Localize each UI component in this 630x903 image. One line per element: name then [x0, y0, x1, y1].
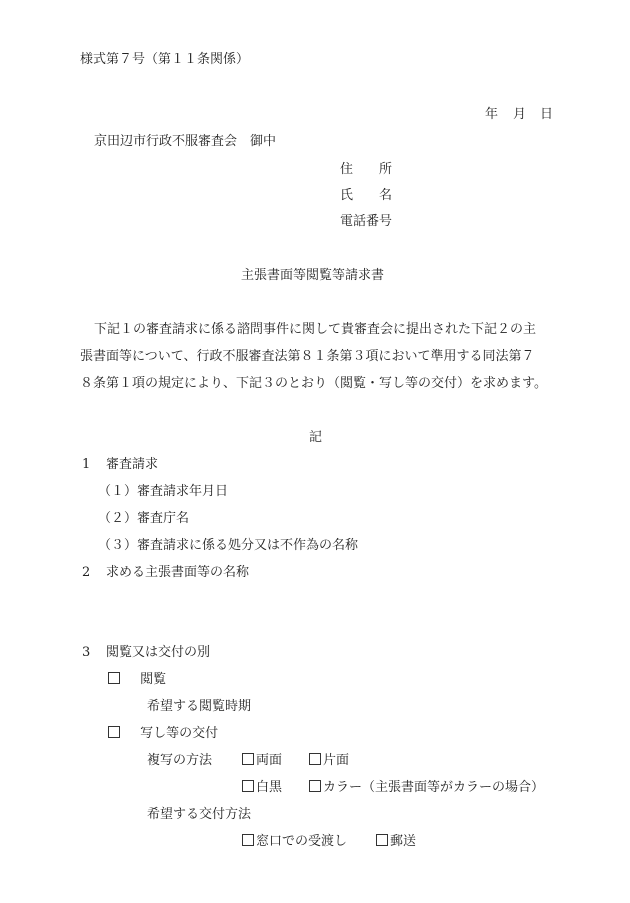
phone-label: 電話番号	[340, 214, 392, 230]
section-3-label: 閲覧又は交付の別	[106, 645, 210, 661]
body-line-1: 下記１の審査請求に係る諮問事件に関して貴審査会に提出された下記２の主	[94, 322, 536, 338]
view-option[interactable]: 閲覧	[108, 672, 166, 688]
option-color[interactable]: カラー（主張書面等がカラーの場合）	[309, 780, 544, 796]
body-line-2: 張書面等について、行政不服審査法第８１条第３項において準用する同法第７	[80, 349, 534, 365]
mail-checkbox[interactable]	[376, 834, 388, 846]
copy-method-label: 複写の方法	[147, 753, 212, 769]
copy-option[interactable]: 写し等の交付	[108, 726, 218, 742]
address-label: 住 所	[340, 162, 392, 178]
section-1-item-1: （１）審査請求年月日	[98, 484, 228, 500]
section-1-item-3: （３）審査請求に係る処分又は不作為の名称	[98, 538, 358, 554]
option-mail[interactable]: 郵送	[376, 834, 416, 850]
monochrome-checkbox[interactable]	[242, 780, 254, 792]
document-title: 主張書面等閲覧等請求書	[241, 268, 384, 284]
section-2-label: 求める主張書面等の名称	[106, 565, 249, 581]
single-side-checkbox[interactable]	[309, 753, 321, 765]
color-checkbox[interactable]	[309, 780, 321, 792]
option-counter[interactable]: 窓口での受渡し	[242, 834, 347, 850]
section-1-number: 1	[82, 457, 90, 473]
view-checkbox[interactable]	[108, 672, 120, 684]
date-day: 日	[540, 107, 553, 123]
option-monochrome[interactable]: 白黒	[242, 780, 282, 796]
date-month: 月	[513, 107, 526, 123]
delivery-method-label: 希望する交付方法	[147, 807, 251, 823]
copy-label: 写し等の交付	[140, 726, 218, 741]
counter-checkbox[interactable]	[242, 834, 254, 846]
ki-heading: 記	[309, 430, 322, 446]
addressee: 京田辺市行政不服審査会 御中	[94, 134, 276, 150]
section-3-number: 3	[82, 645, 90, 661]
view-timing-label: 希望する閲覧時期	[147, 699, 251, 715]
view-label: 閲覧	[140, 672, 166, 687]
name-label: 氏 名	[340, 188, 392, 204]
both-sides-checkbox[interactable]	[242, 753, 254, 765]
form-number: 様式第７号（第１１条関係）	[80, 52, 249, 68]
section-1-item-2: （２）審査庁名	[98, 511, 189, 527]
section-2-number: 2	[82, 565, 90, 581]
option-single-side[interactable]: 片面	[309, 753, 349, 769]
date-year: 年	[485, 107, 498, 123]
option-both-sides[interactable]: 両面	[242, 753, 282, 769]
section-1-label: 審査請求	[106, 457, 158, 473]
body-line-3: ８条第１項の規定により、下記３のとおり（閲覧・写し等の交付）を求めます。	[80, 376, 547, 392]
copy-checkbox[interactable]	[108, 726, 120, 738]
